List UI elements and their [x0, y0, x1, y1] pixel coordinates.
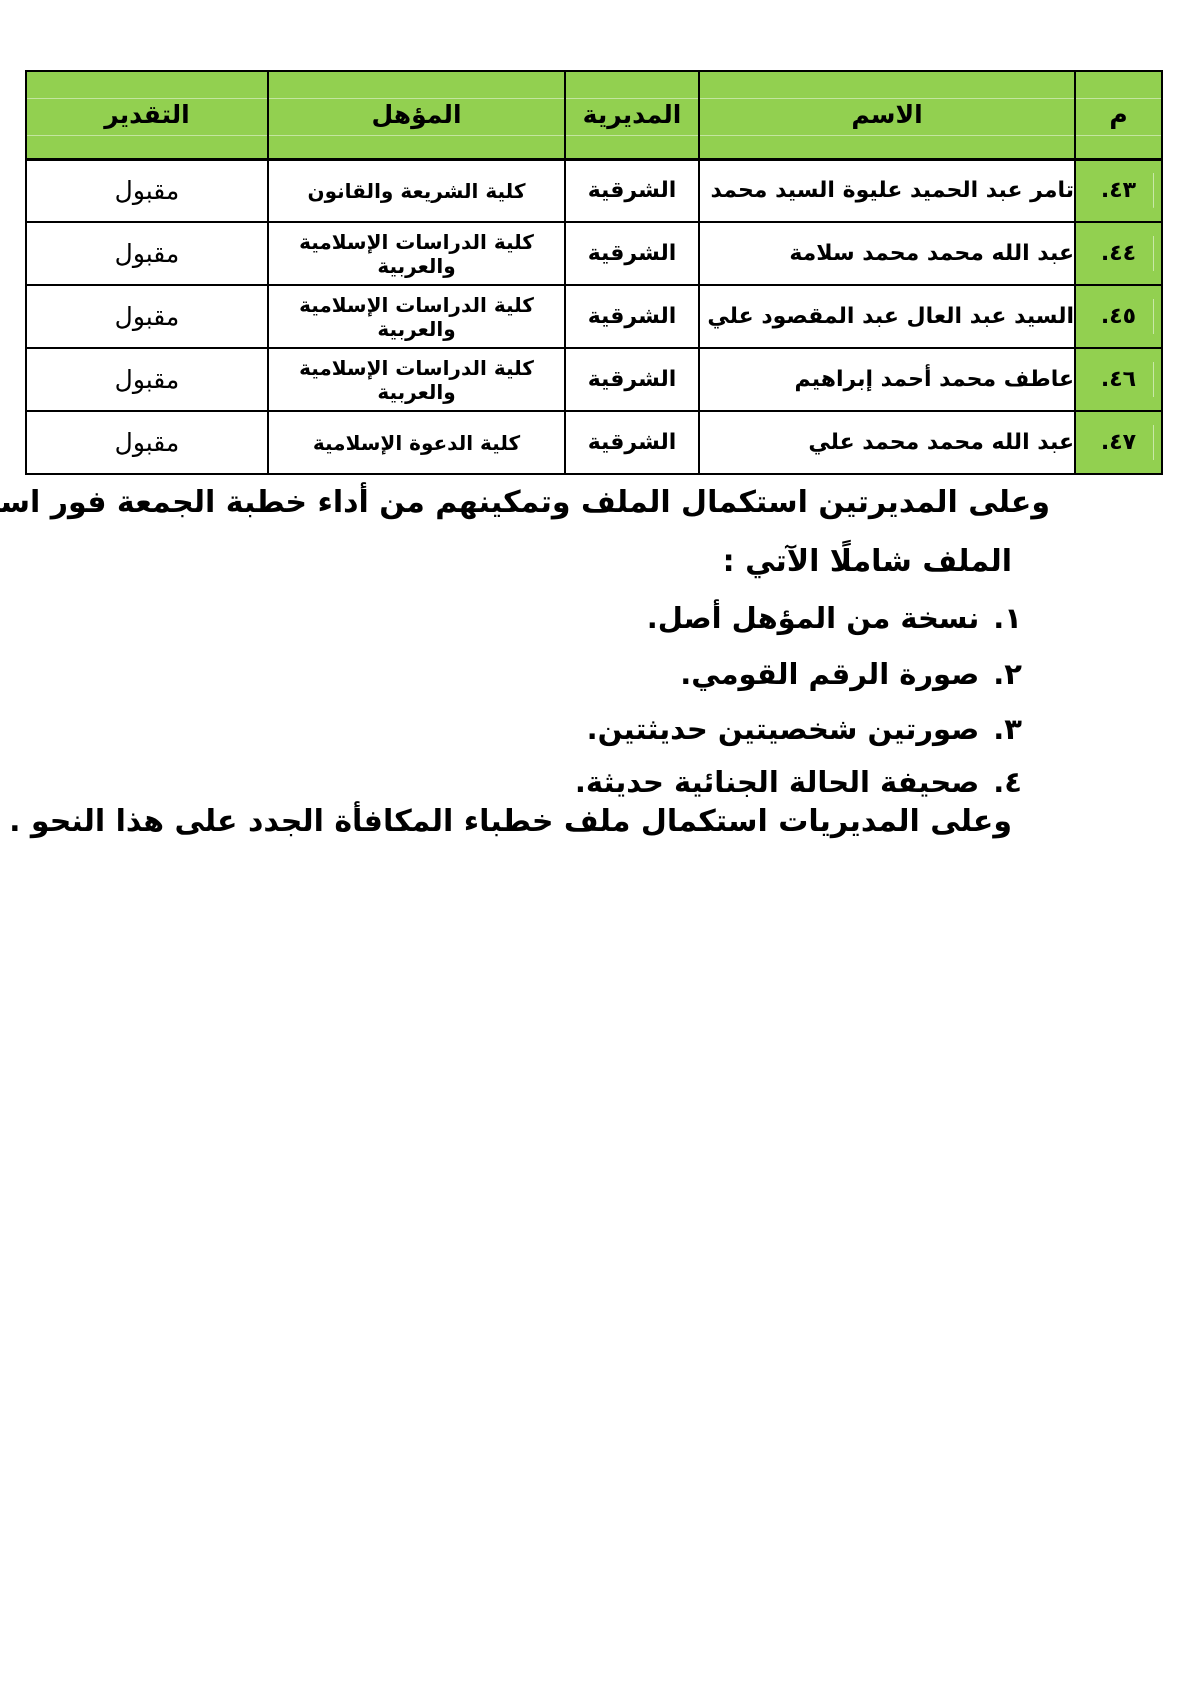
cell-directorate: الشرقية [565, 285, 699, 348]
cell-directorate: الشرقية [565, 411, 699, 474]
header-grade: التقدير [26, 71, 268, 159]
list-item-4: ٤.صحيفة الحالة الجنائية حديثة. [575, 764, 1022, 800]
list-item-number: ١. [993, 601, 1022, 635]
cell-qualification: كلية الدراسات الإسلامية والعربية [268, 285, 565, 348]
list-item-text: صحيفة الحالة الجنائية حديثة. [575, 765, 979, 799]
list-item-number: ٢. [993, 657, 1022, 691]
instructions-paragraph-line1: وعلى المديرتين استكمال الملف وتمكينهم من… [0, 484, 1050, 522]
cell-row-number: ٤٧. [1075, 411, 1162, 474]
cell-name: عبد الله محمد محمد سلامة [699, 222, 1075, 285]
list-item-2: ٢.صورة الرقم القومي. [680, 656, 1022, 692]
cell-name: تامر عبد الحميد عليوة السيد محمد [699, 159, 1075, 222]
document-page: م الاسم المديرية المؤهل التقدير ٤٣. تامر… [0, 0, 1191, 1684]
header-qualification: المؤهل [268, 71, 565, 159]
header-directorate: المديرية [565, 71, 699, 159]
header-row-number: م [1075, 71, 1162, 159]
cell-grade: مقبول [26, 348, 268, 411]
cell-name: عبد الله محمد محمد علي [699, 411, 1075, 474]
list-item-1: ١.نسخة من المؤهل أصل. [647, 600, 1022, 636]
list-item-number: ٣. [993, 712, 1022, 746]
cell-qualification: كلية الدراسات الإسلامية والعربية [268, 348, 565, 411]
table-row: ٤٥. السيد عبد العال عبد المقصود علي الشر… [26, 285, 1162, 348]
cell-directorate: الشرقية [565, 159, 699, 222]
cell-row-number: ٤٤. [1075, 222, 1162, 285]
cell-grade: مقبول [26, 159, 268, 222]
cell-name: عاطف محمد أحمد إبراهيم [699, 348, 1075, 411]
preachers-results-table: م الاسم المديرية المؤهل التقدير ٤٣. تامر… [25, 70, 1163, 475]
cell-grade: مقبول [26, 285, 268, 348]
cell-grade: مقبول [26, 222, 268, 285]
cell-directorate: الشرقية [565, 348, 699, 411]
cell-directorate: الشرقية [565, 222, 699, 285]
table-row: ٤٧. عبد الله محمد محمد علي الشرقية كلية … [26, 411, 1162, 474]
table-row: ٤٣. تامر عبد الحميد عليوة السيد محمد الش… [26, 159, 1162, 222]
cell-grade: مقبول [26, 411, 268, 474]
list-item-text: صورة الرقم القومي. [680, 657, 979, 691]
table-header-row: م الاسم المديرية المؤهل التقدير [26, 71, 1162, 159]
instructions-paragraph-line2: الملف شاملًا الآتي : [723, 543, 1012, 581]
cell-row-number: ٤٣. [1075, 159, 1162, 222]
list-item-text: نسخة من المؤهل أصل. [647, 601, 980, 635]
cell-name: السيد عبد العال عبد المقصود علي [699, 285, 1075, 348]
cell-row-number: ٤٥. [1075, 285, 1162, 348]
list-item-text: صورتين شخصيتين حديثتين. [587, 712, 980, 746]
closing-paragraph: وعلى المديريات استكمال ملف خطباء المكافأ… [9, 803, 1012, 841]
cell-qualification: كلية الدراسات الإسلامية والعربية [268, 222, 565, 285]
cell-row-number: ٤٦. [1075, 348, 1162, 411]
table-row: ٤٦. عاطف محمد أحمد إبراهيم الشرقية كلية … [26, 348, 1162, 411]
cell-qualification: كلية الشريعة والقانون [268, 159, 565, 222]
cell-qualification: كلية الدعوة الإسلامية [268, 411, 565, 474]
table-row: ٤٤. عبد الله محمد محمد سلامة الشرقية كلي… [26, 222, 1162, 285]
list-item-number: ٤. [993, 765, 1022, 799]
list-item-3: ٣.صورتين شخصيتين حديثتين. [587, 711, 1022, 747]
header-name: الاسم [699, 71, 1075, 159]
